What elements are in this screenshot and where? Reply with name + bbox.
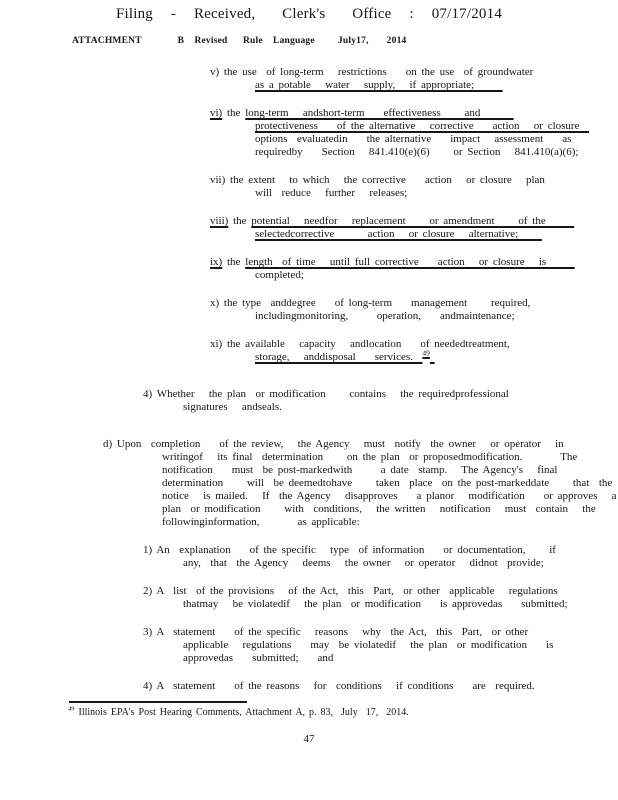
text-segment: includingmonitoring, operation, andmaint… bbox=[255, 310, 515, 322]
text-segment: followinginformation, as applicable: bbox=[162, 516, 360, 528]
document-line: as a potable water supply, if appropriat… bbox=[255, 79, 618, 92]
text-segment: d) bbox=[103, 438, 117, 450]
document-line: xi) the available capacity andlocation o… bbox=[210, 338, 618, 351]
text-segment bbox=[430, 351, 435, 363]
document-line: 4) A statement of the reasons for condit… bbox=[143, 680, 618, 693]
text-segment: storage, anddisposal services. bbox=[255, 351, 422, 363]
text-segment: vi) bbox=[210, 107, 222, 119]
text-segment: 4) bbox=[143, 680, 156, 692]
footnote-divider bbox=[69, 701, 247, 703]
paragraph-item-viii: viii) the potential needfor replacement … bbox=[0, 215, 618, 241]
text-segment: viii) bbox=[210, 215, 228, 227]
attachment-header: ATTACHMENT B Revised Rule Language July1… bbox=[72, 36, 406, 46]
text-segment: writingof its final determination on the… bbox=[162, 451, 577, 463]
text-segment: protectiveness of the alternative correc… bbox=[255, 120, 589, 132]
paragraph-item-1: 1) An explanation of the specific type o… bbox=[0, 544, 618, 570]
document-line: plan or modification with conditions, th… bbox=[162, 503, 618, 516]
text-segment: 1) bbox=[143, 544, 156, 556]
document-line: 2) A list of the provisions of the Act, … bbox=[143, 585, 618, 598]
text-segment: the use of long-term restrictions on the… bbox=[224, 66, 533, 78]
footnote-text: Illinois EPA's Post Hearing Comments, At… bbox=[75, 707, 409, 718]
text-segment: applicable regulations may be violatedif… bbox=[183, 639, 553, 651]
document-line: vii) the extent to which the corrective … bbox=[210, 174, 618, 187]
document-line: approvedas submitted; and bbox=[183, 652, 618, 665]
paragraph-item-ix: ix) the length of time until full correc… bbox=[0, 256, 618, 282]
text-segment: the extent to which the corrective actio… bbox=[230, 174, 545, 186]
text-segment: approvedas submitted; and bbox=[183, 652, 333, 664]
document-line: completed; bbox=[255, 269, 618, 282]
text-segment: notification must be post-markedwith a d… bbox=[162, 464, 557, 476]
paragraph-item-xi: xi) the available capacity andlocation o… bbox=[0, 338, 618, 364]
text-segment: vii) bbox=[210, 174, 230, 186]
text-segment: Upon completion of the review, the Agenc… bbox=[117, 438, 564, 450]
document-line: notification must be post-markedwith a d… bbox=[162, 464, 618, 477]
text-segment: plan or modification with conditions, th… bbox=[162, 503, 596, 515]
text-segment: any, that the Agency deems the owner or … bbox=[183, 557, 544, 569]
paragraph-item-4-whether: 4) Whether the plan or modification cont… bbox=[0, 388, 618, 414]
footnote: 49 Illinois EPA's Post Hearing Comments,… bbox=[68, 707, 409, 718]
text-segment: v) bbox=[210, 66, 224, 78]
document-line: x) the type anddegree of long-term manag… bbox=[210, 297, 618, 310]
text-segment: the available capacity andlocation of ne… bbox=[227, 338, 510, 350]
paragraph-item-d: d) Upon completion of the review, the Ag… bbox=[0, 438, 618, 529]
paragraph-item-x: x) the type anddegree of long-term manag… bbox=[0, 297, 618, 323]
document-line: will reduce further releases; bbox=[255, 187, 618, 200]
document-line: viii) the potential needfor replacement … bbox=[210, 215, 618, 228]
filing-header: Filing - Received, Clerk's Office : 07/1… bbox=[0, 6, 618, 23]
paragraph-item-4-statement: 4) A statement of the reasons for condit… bbox=[0, 680, 618, 693]
text-segment: determination will be deemedtohave taken… bbox=[162, 477, 612, 489]
page-number: 47 bbox=[0, 733, 618, 745]
document-line: v) the use of long-term restrictions on … bbox=[210, 66, 618, 79]
text-segment: length of time until full corrective act… bbox=[245, 256, 575, 268]
text-segment: ix) bbox=[210, 256, 222, 268]
document-line: thatmay be violatedif the plan or modifi… bbox=[183, 598, 618, 611]
document-line: 4) Whether the plan or modification cont… bbox=[143, 388, 618, 401]
text-segment: Whether the plan or modification contain… bbox=[157, 388, 509, 400]
document-line: protectiveness of the alternative correc… bbox=[255, 120, 618, 133]
text-segment: notice is mailed. If the Agency disappro… bbox=[162, 490, 617, 502]
text-segment: x) bbox=[210, 297, 224, 309]
document-line: d) Upon completion of the review, the Ag… bbox=[103, 438, 618, 451]
text-segment: A statement of the specific reasons why … bbox=[156, 626, 528, 638]
text-segment: the bbox=[228, 215, 251, 227]
footnote-reference: 49 bbox=[422, 348, 430, 357]
text-segment: potential needfor replacement or amendme… bbox=[251, 215, 574, 227]
document-page: Filing - Received, Clerk's Office : 07/1… bbox=[0, 0, 618, 800]
document-line: writingof its final determination on the… bbox=[162, 451, 618, 464]
document-line: signatures andseals. bbox=[183, 401, 618, 414]
text-segment: 3) bbox=[143, 626, 156, 638]
text-segment: xi) bbox=[210, 338, 227, 350]
text-segment: thatmay be violatedif the plan or modifi… bbox=[183, 598, 568, 610]
document-line: options evaluatedin the alternative impa… bbox=[255, 133, 618, 146]
document-line: followinginformation, as applicable: bbox=[162, 516, 618, 529]
document-body: v) the use of long-term restrictions on … bbox=[0, 66, 618, 693]
text-segment: the bbox=[222, 256, 245, 268]
paragraph-item-2: 2) A list of the provisions of the Act, … bbox=[0, 585, 618, 611]
document-line: includingmonitoring, operation, andmaint… bbox=[255, 310, 618, 323]
paragraph-item-vi: vi) the long-term andshort-term effectiv… bbox=[0, 107, 618, 159]
paragraph-item-v: v) the use of long-term restrictions on … bbox=[0, 66, 618, 92]
text-segment: completed; bbox=[255, 269, 304, 281]
text-segment: will reduce further releases; bbox=[255, 187, 407, 199]
document-line: any, that the Agency deems the owner or … bbox=[183, 557, 618, 570]
document-line: selectedcorrective action or closure alt… bbox=[255, 228, 618, 241]
text-segment: 2) bbox=[143, 585, 156, 597]
text-segment: long-term andshort-term effectiveness an… bbox=[245, 107, 513, 119]
document-line: requiredby Section 841.410(e)(6) or Sect… bbox=[255, 146, 618, 159]
text-segment: A statement of the reasons for condition… bbox=[156, 680, 534, 692]
document-line: ix) the length of time until full correc… bbox=[210, 256, 618, 269]
text-segment: requiredby Section 841.410(e)(6) or Sect… bbox=[255, 146, 578, 158]
paragraph-item-3: 3) A statement of the specific reasons w… bbox=[0, 626, 618, 665]
document-line: determination will be deemedtohave taken… bbox=[162, 477, 618, 490]
paragraph-item-vii: vii) the extent to which the corrective … bbox=[0, 174, 618, 200]
text-segment: signatures andseals. bbox=[183, 401, 282, 413]
text-segment: as a potable water supply, if appropriat… bbox=[255, 79, 503, 91]
document-line: 1) An explanation of the specific type o… bbox=[143, 544, 618, 557]
document-line: storage, anddisposal services. 49 bbox=[255, 351, 618, 364]
text-segment: the type anddegree of long-term manageme… bbox=[224, 297, 530, 309]
text-segment: An explanation of the specific type of i… bbox=[156, 544, 556, 556]
document-line: applicable regulations may be violatedif… bbox=[183, 639, 618, 652]
text-segment: A list of the provisions of the Act, thi… bbox=[156, 585, 557, 597]
document-line: vi) the long-term andshort-term effectiv… bbox=[210, 107, 618, 120]
document-line: 3) A statement of the specific reasons w… bbox=[143, 626, 618, 639]
text-segment: 4) bbox=[143, 388, 157, 400]
document-line: notice is mailed. If the Agency disappro… bbox=[162, 490, 618, 503]
text-segment: selectedcorrective action or closure alt… bbox=[255, 228, 542, 240]
text-segment: the bbox=[222, 107, 245, 119]
text-segment: options evaluatedin the alternative impa… bbox=[255, 133, 571, 145]
